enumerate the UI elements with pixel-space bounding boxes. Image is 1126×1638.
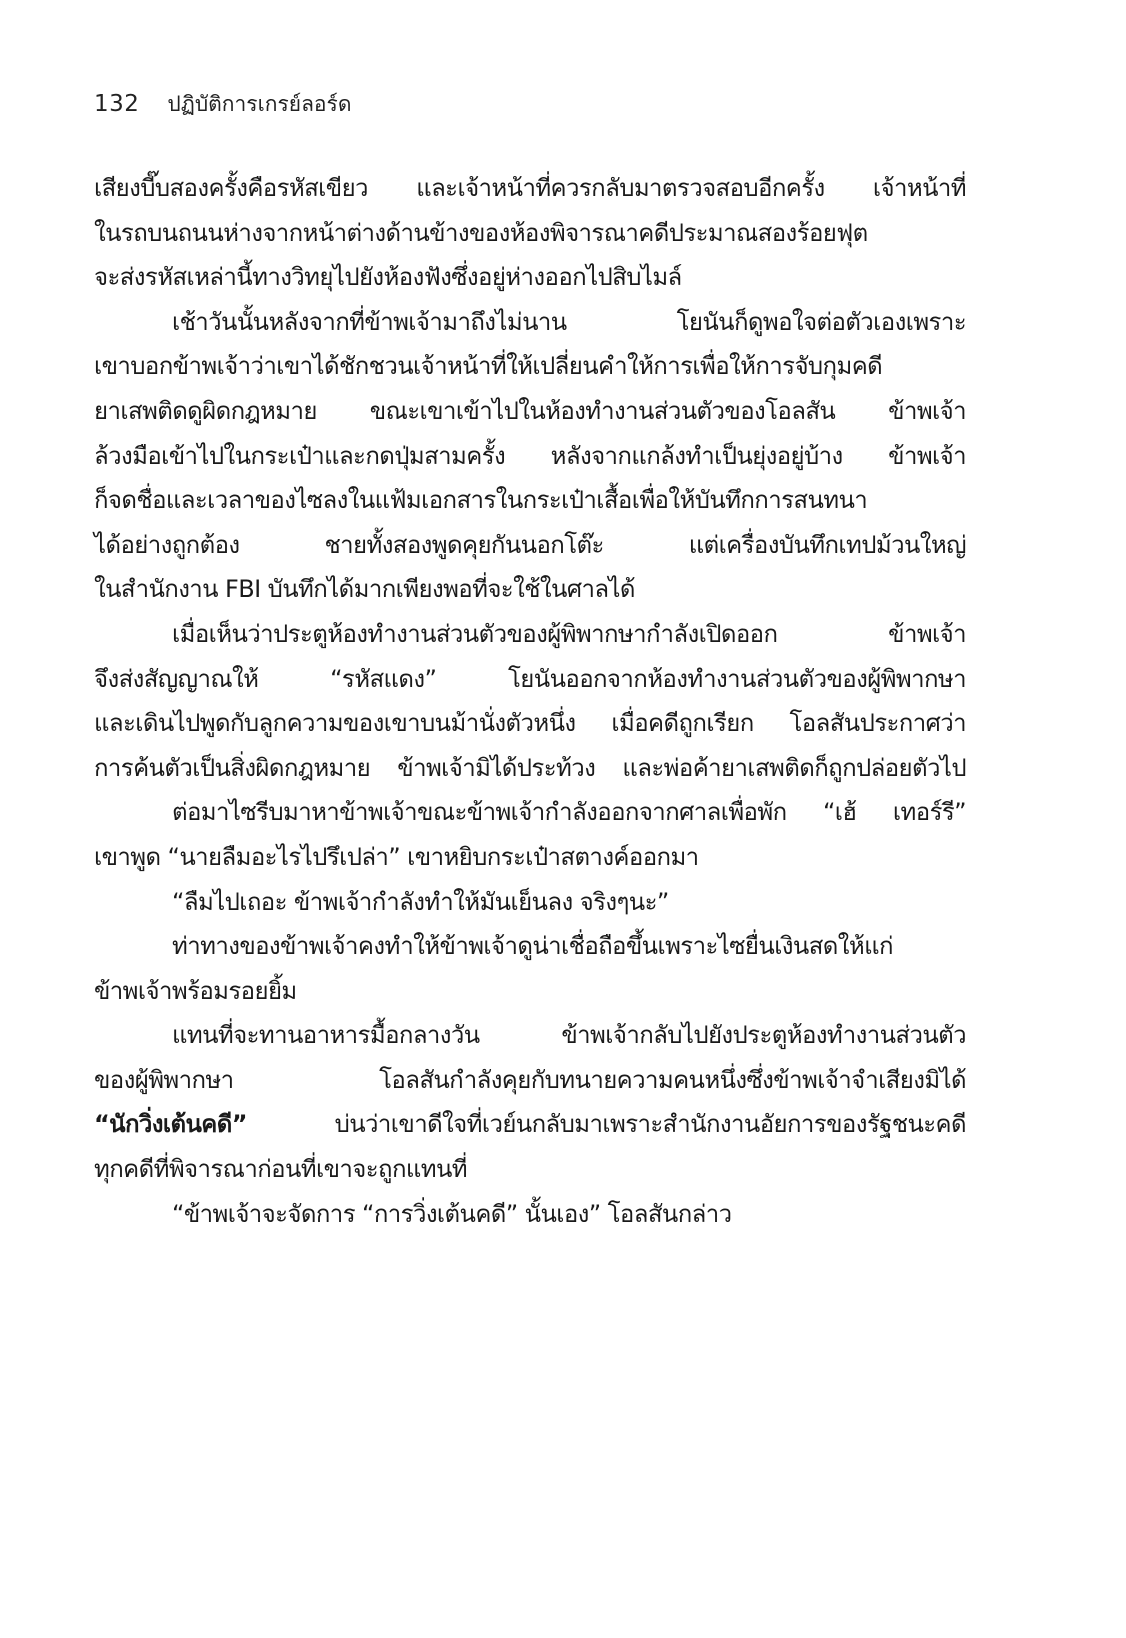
- line-text: ต่อมาไซรีบมาหาข้าพเจ้าขณะข้าพเจ้ากำลังออ…: [172, 798, 966, 826]
- paragraph-start-line: เมื่อเห็นว่าประตูห้องทำงานส่วนตัวของผู้พ…: [94, 612, 966, 657]
- text-line: จะส่งรหัสเหล่านี้ทางวิทยุไปยังห้องฟังซึ่…: [94, 255, 966, 300]
- line-text: และเดินไปพูดกับลูกความของเขาบนม้านั่งตัว…: [94, 709, 966, 737]
- bold-term: “นักวิ่งเต้นคดี”: [94, 1110, 247, 1138]
- running-header: 132 ปฏิบัติการเกรย์ลอร์ด: [94, 86, 351, 122]
- text-line: ทุกคดีที่พิจารณาก่อนที่เขาจะถูกแทนที่: [94, 1147, 966, 1192]
- body-text: เสียงบี๊บสองครั้งคือรหัสเขียว และเจ้าหน้…: [94, 166, 966, 1236]
- paragraph-start-line: ต่อมาไซรีบมาหาข้าพเจ้าขณะข้าพเจ้ากำลังออ…: [94, 790, 966, 835]
- text-line: เขาพูด “นายลืมอะไรไปรึเปล่า” เขาหยิบกระเ…: [94, 835, 966, 880]
- text-line: และเดินไปพูดกับลูกความของเขาบนม้านั่งตัว…: [94, 701, 966, 746]
- text-line: การค้นตัวเป็นสิ่งผิดกฎหมาย ข้าพเจ้ามิได้…: [94, 746, 966, 791]
- line-text: เขาบอกข้าพเจ้าว่าเขาได้ชักชวนเจ้าหน้าที่…: [94, 352, 882, 380]
- line-text: ล้วงมือเข้าไปในกระเป๋าและกดปุ่มสามครั้ง …: [94, 442, 966, 470]
- line-text: เสียงบี๊บสองครั้งคือรหัสเขียว และเจ้าหน้…: [94, 174, 966, 202]
- line-text: ก็จดชื่อและเวลาของไซลงในแฟ้มเอกสารในกระเ…: [94, 486, 867, 514]
- paragraph-start-line: ท่าทางของข้าพเจ้าคงทำให้ข้าพเจ้าดูน่าเชื…: [94, 924, 966, 969]
- line-text: “ข้าพเจ้าจะจัดการ “การวิ่งเต้นคดี” นั้นเ…: [172, 1200, 732, 1228]
- line-text: ในรถบนถนนห่างจากหน้าต่างด้านข้างของห้องพ…: [94, 219, 868, 247]
- text-line: “นักวิ่งเต้นคดี” บ่นว่าเขาดีใจที่เวย์นกล…: [94, 1102, 966, 1147]
- text-line: ข้าพเจ้าพร้อมรอยยิ้ม: [94, 969, 966, 1014]
- text-line: ของผู้พิพากษา โอลสันกำลังคุยกับทนายความค…: [94, 1058, 966, 1103]
- line-text: แทนที่จะทานอาหารมื้อกลางวัน ข้าพเจ้ากลับ…: [172, 1021, 966, 1049]
- line-text: ยาเสพติดดูผิดกฎหมาย ขณะเขาเข้าไปในห้องทำ…: [94, 397, 966, 425]
- text-line: ในรถบนถนนห่างจากหน้าต่างด้านข้างของห้องพ…: [94, 211, 966, 256]
- line-text: เมื่อเห็นว่าประตูห้องทำงานส่วนตัวของผู้พ…: [172, 620, 966, 648]
- text-line: เขาบอกข้าพเจ้าว่าเขาได้ชักชวนเจ้าหน้าที่…: [94, 344, 966, 389]
- paragraph-start-line: “ข้าพเจ้าจะจัดการ “การวิ่งเต้นคดี” นั้นเ…: [94, 1192, 966, 1237]
- line-text: ในสำนักงาน FBI บันทึกได้มากเพียงพอที่จะใ…: [94, 575, 635, 603]
- line-text: บ่นว่าเขาดีใจที่เวย์นกลับมาเพราะสำนักงาน…: [247, 1110, 966, 1138]
- paragraph-start-line: แทนที่จะทานอาหารมื้อกลางวัน ข้าพเจ้ากลับ…: [94, 1013, 966, 1058]
- page-number: 132: [94, 91, 139, 117]
- line-text: ท่าทางของข้าพเจ้าคงทำให้ข้าพเจ้าดูน่าเชื…: [172, 932, 893, 960]
- paragraph-start-line: “ลืมไปเถอะ ข้าพเจ้ากำลังทำให้มันเย็นลง จ…: [94, 880, 966, 925]
- line-text: จึงส่งสัญญาณให้ “รหัสแดง” โยนันออกจากห้อ…: [94, 665, 966, 693]
- line-text: ทุกคดีที่พิจารณาก่อนที่เขาจะถูกแทนที่: [94, 1155, 467, 1183]
- line-text: เช้าวันนั้นหลังจากที่ข้าพเจ้ามาถึงไม่นาน…: [172, 308, 966, 336]
- text-line: ในสำนักงาน FBI บันทึกได้มากเพียงพอที่จะใ…: [94, 567, 966, 612]
- text-line: ล้วงมือเข้าไปในกระเป๋าและกดปุ่มสามครั้ง …: [94, 434, 966, 479]
- line-text: การค้นตัวเป็นสิ่งผิดกฎหมาย ข้าพเจ้ามิได้…: [94, 754, 966, 782]
- paragraph-start-line: เช้าวันนั้นหลังจากที่ข้าพเจ้ามาถึงไม่นาน…: [94, 300, 966, 345]
- text-line: เสียงบี๊บสองครั้งคือรหัสเขียว และเจ้าหน้…: [94, 166, 966, 211]
- line-text: เขาพูด “นายลืมอะไรไปรึเปล่า” เขาหยิบกระเ…: [94, 843, 699, 871]
- running-title: ปฏิบัติการเกรย์ลอร์ด: [167, 88, 351, 121]
- text-line: ได้อย่างถูกต้อง ชายทั้งสองพูดคุยกันนอกโต…: [94, 523, 966, 568]
- line-text: จะส่งรหัสเหล่านี้ทางวิทยุไปยังห้องฟังซึ่…: [94, 263, 682, 291]
- text-line: ก็จดชื่อและเวลาของไซลงในแฟ้มเอกสารในกระเ…: [94, 478, 966, 523]
- text-line: จึงส่งสัญญาณให้ “รหัสแดง” โยนันออกจากห้อ…: [94, 657, 966, 702]
- line-text: ได้อย่างถูกต้อง ชายทั้งสองพูดคุยกันนอกโต…: [94, 531, 966, 559]
- text-line: ยาเสพติดดูผิดกฎหมาย ขณะเขาเข้าไปในห้องทำ…: [94, 389, 966, 434]
- line-text: ข้าพเจ้าพร้อมรอยยิ้ม: [94, 977, 297, 1005]
- line-text: ของผู้พิพากษา โอลสันกำลังคุยกับทนายความค…: [94, 1066, 966, 1094]
- line-text: “ลืมไปเถอะ ข้าพเจ้ากำลังทำให้มันเย็นลง จ…: [172, 888, 669, 916]
